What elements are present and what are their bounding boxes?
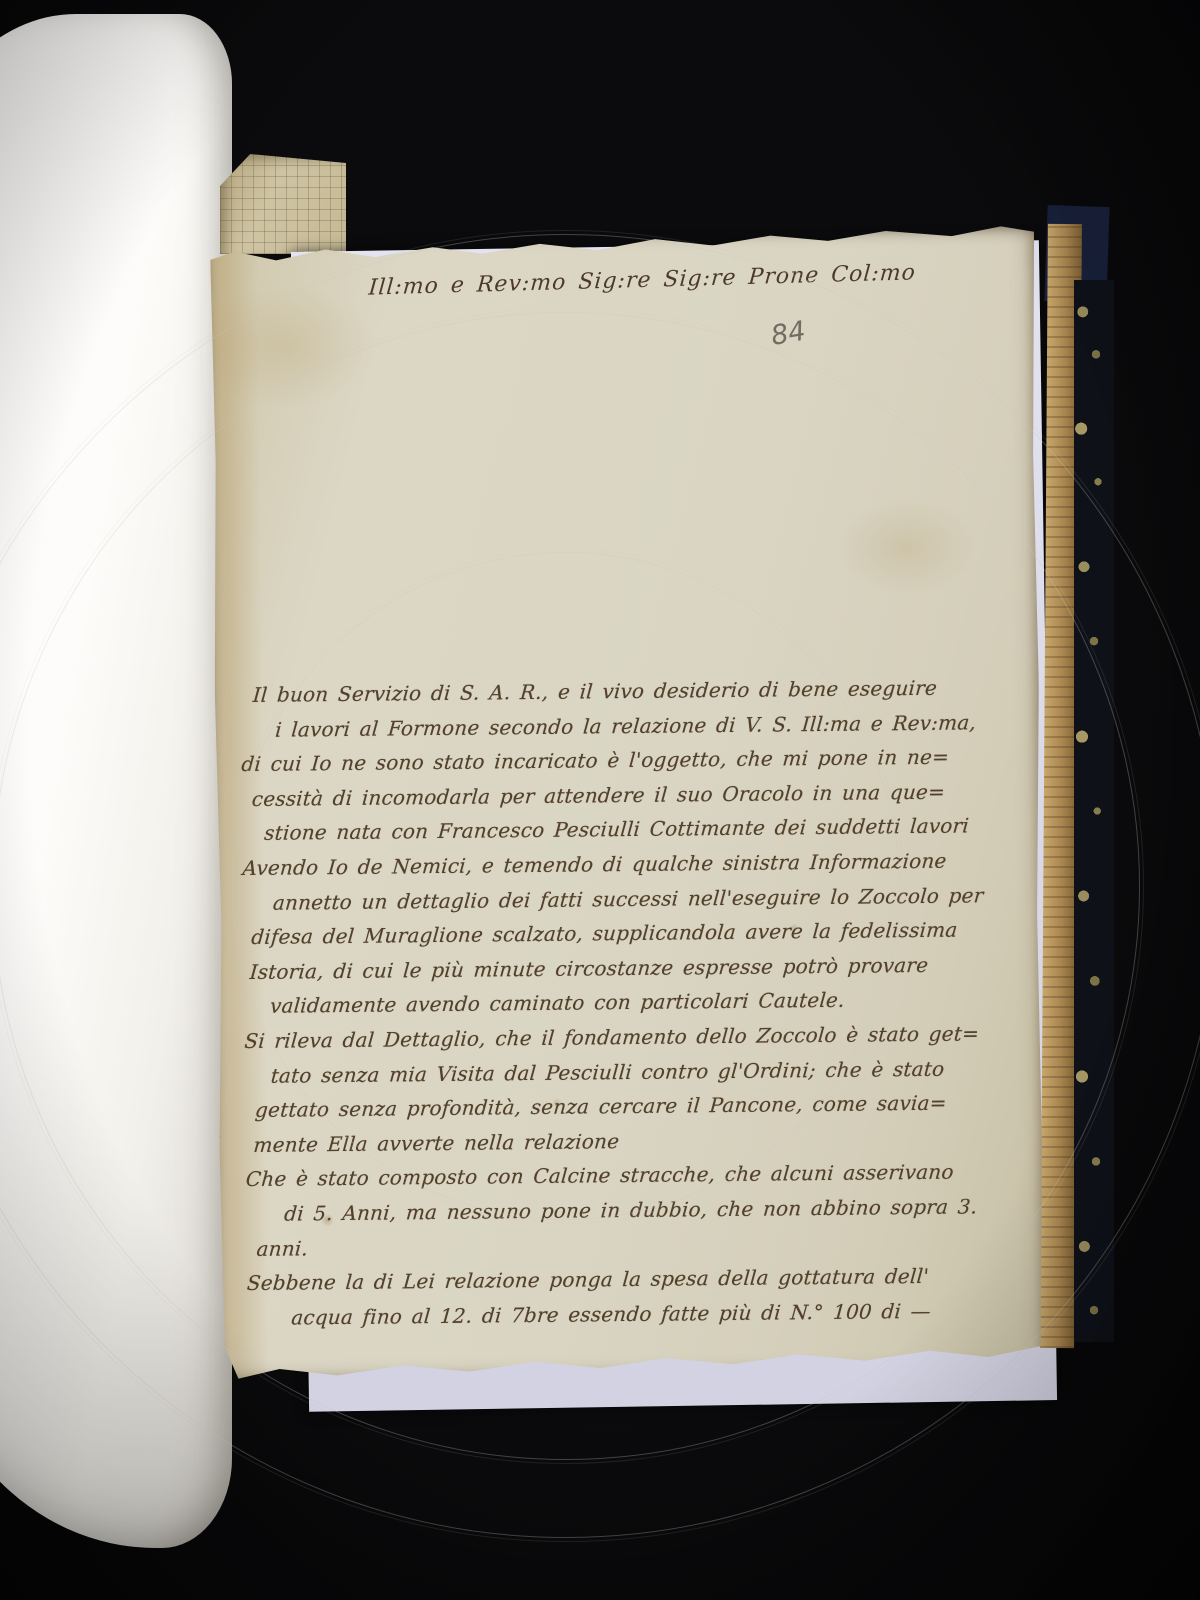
letter-page: Ill:mo e Rev:mo Sig:re Sig:re Prone Col:… <box>210 224 1046 1383</box>
manuscript-photo: Ill:mo e Rev:mo Sig:re Sig:re Prone Col:… <box>0 0 1200 1600</box>
grid-paper-tab <box>220 154 346 254</box>
letter-body: Il buon Servizio di S. A. R., e il vivo … <box>241 670 1028 1335</box>
folio-number: 84 <box>769 316 808 352</box>
salutation-line: Ill:mo e Rev:mo Sig:re Sig:re Prone Col:… <box>368 260 930 301</box>
marbled-cover <box>1074 280 1114 1342</box>
letter-line: acqua fino al 12. di 7bre essendo fatte … <box>290 1293 1029 1335</box>
facing-blank-page <box>0 14 232 1548</box>
